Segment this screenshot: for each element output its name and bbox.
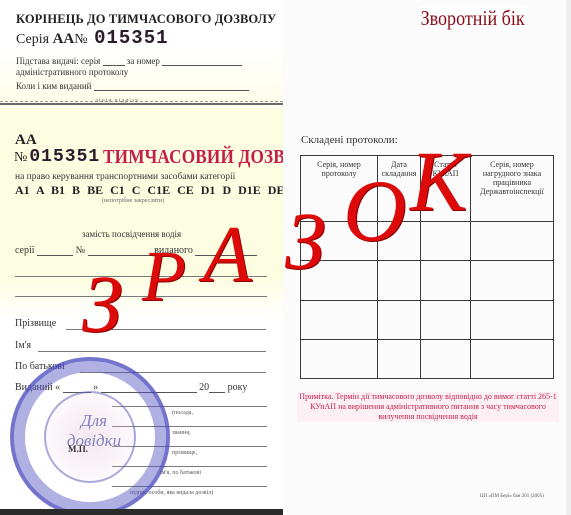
surname-label: Прізвище [15, 318, 56, 329]
perforation-line [0, 101, 283, 105]
category-list: A1 A B1 B BE C1 C C1E CE D1 D D1E DE [15, 183, 284, 198]
protocols-cell[interactable] [421, 261, 471, 300]
categories-note: (непотрібне закреслити) [102, 198, 164, 204]
category-c1[interactable]: C1 [110, 183, 132, 197]
perforation-text: лінія відрізу [95, 98, 139, 104]
stub-basis-number-label: за номер [127, 56, 160, 66]
protocols-cell[interactable] [378, 261, 421, 300]
right-edge [566, 0, 571, 515]
stub-basis-label: Підстава видачі: серія [16, 56, 100, 66]
stub-basis-series-field[interactable] [103, 57, 125, 66]
category-de[interactable]: DE [268, 183, 285, 197]
category-b1[interactable]: B1 [51, 183, 72, 197]
stub-series: Серія АА№ 015351 [16, 27, 169, 49]
protocols-row [301, 261, 554, 300]
stub-basis-line: Підстава видачі: серія за номер [16, 56, 242, 66]
watermark-letter-5: О [343, 168, 407, 256]
protocols-cell[interactable] [301, 300, 378, 339]
category-b[interactable]: B [72, 183, 87, 197]
category-ce[interactable]: CE [177, 183, 201, 197]
stub-series-value: АА [53, 31, 75, 47]
name-field[interactable] [38, 351, 266, 352]
caption-surname: прізвище, [172, 450, 197, 456]
category-be[interactable]: BE [87, 183, 110, 197]
protocols-cell[interactable] [471, 300, 554, 339]
category-a1[interactable]: A1 [15, 183, 36, 197]
watermark-letter-4: З [285, 200, 326, 282]
watermark-letter-6: К [410, 138, 467, 224]
protocols-cell[interactable] [421, 300, 471, 339]
stub-basis-number-field[interactable] [162, 57, 242, 66]
category-d[interactable]: D [222, 183, 238, 197]
protocols-cell[interactable] [471, 222, 554, 261]
caption-rank: звання, [172, 430, 190, 436]
issued-year-prefix: 20 [199, 382, 209, 393]
stub-number-sign: № [74, 32, 87, 47]
caption-position: (посада, [172, 410, 193, 416]
caption-name: ім'я, по батькові [160, 470, 201, 476]
license-number-label: № [76, 245, 86, 256]
seal-label: М.П. [68, 444, 88, 454]
stub-issued-by: Коли і ким виданий [16, 81, 249, 91]
protocols-row [301, 339, 554, 378]
stub-serial: 015351 [94, 27, 168, 49]
bottom-edge [0, 509, 283, 515]
permit-number: №015351 [14, 147, 100, 167]
stub-issued-by-label: Коли і ким виданий [16, 81, 91, 91]
permit-serial: 015351 [29, 147, 100, 167]
protocols-title: Складені протоколи: [301, 134, 398, 146]
category-c1e[interactable]: C1E [147, 183, 177, 197]
protocols-cell[interactable] [471, 261, 554, 300]
note-text: Примітка. Термін дії тимчасового дозволу… [297, 392, 559, 422]
protocols-cell[interactable] [378, 300, 421, 339]
category-a[interactable]: A [36, 183, 51, 197]
name-label: Ім'я [15, 340, 31, 351]
official-stamp: Для довідки [10, 357, 170, 515]
stub-issued-by-field[interactable] [94, 82, 249, 91]
issued-year-suffix: року [228, 382, 248, 393]
category-d1e[interactable]: D1E [238, 183, 268, 197]
stub-series-label: Серія [16, 32, 49, 47]
permit-number-sign: № [14, 150, 27, 165]
stub-title: КОРІНЕЦЬ ДО ТИМЧАСОВОГО ДОЗВОЛУ [16, 12, 276, 27]
protocols-cell[interactable] [421, 339, 471, 378]
watermark-letter-3: А [203, 215, 252, 295]
watermark-letter-1: З [82, 263, 123, 345]
category-c[interactable]: C [132, 183, 148, 197]
watermark-letter-2: Р [142, 240, 186, 312]
protocols-cell[interactable] [301, 339, 378, 378]
back-side-label: Зворотній бік [418, 6, 527, 31]
protocols-row [301, 300, 554, 339]
category-d1[interactable]: D1 [201, 183, 223, 197]
permit-title: ТИМЧАСОВИЙ ДОЗВІЛ [103, 146, 305, 169]
header-badge-number: Серія, номер нагрудного знака працівника… [471, 156, 554, 222]
print-code: ЦП «ПМ Бері» бан 201 (2005) [480, 494, 544, 499]
issued-year-field[interactable] [209, 384, 225, 393]
protocols-cell[interactable] [471, 339, 554, 378]
stub-basis-line2: адміністративного протоколу [16, 67, 128, 77]
permit-subtitle: на право керування транспортними засобам… [15, 172, 235, 182]
license-series-field[interactable] [37, 247, 73, 256]
license-series-label: серії [15, 245, 35, 256]
protocols-cell[interactable] [378, 339, 421, 378]
